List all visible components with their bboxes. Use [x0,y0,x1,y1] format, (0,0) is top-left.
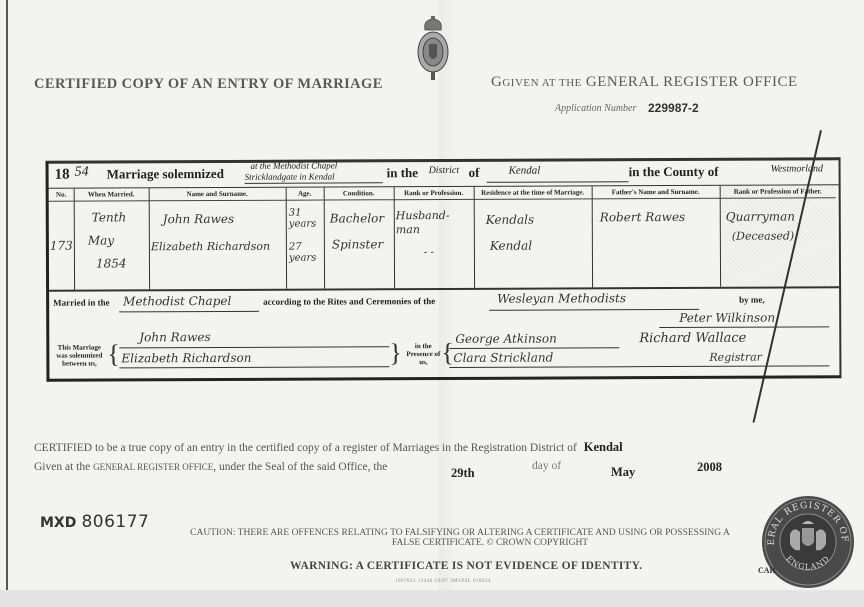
rites-label: according to the Rites and Ceremonies of… [263,296,435,307]
place-line-2: Stricklandgate in Kendal [245,171,335,181]
scan-bottom-edge [0,590,864,607]
year-handwritten: 54 [75,165,89,181]
caution-notice: CAUTION: THERE ARE OFFENCES RELATING TO … [180,528,740,548]
minister-signature: Peter Wilkinson [679,311,775,325]
application-number-label: Application Number [555,103,636,114]
issue-year: 2008 [697,460,722,475]
registrar-title: Registrar [709,351,762,364]
issuing-office-title: GGiven at the GENERAL REGISTER OFFICE [491,74,798,91]
father-rank: Quarryman [726,209,795,223]
of-label: of [469,165,480,181]
groom-condition: Bachelor [330,211,384,225]
col-father-name: Father's Name and Surname. Robert Rawes [592,186,721,288]
bride-condition: Spinster [332,237,383,251]
register-heading: 18 54 Marriage solemnized at the Methodi… [49,160,839,188]
residence-line-1: Kendals [486,213,534,227]
certification-line-2: Given at the General Register Office, un… [34,461,387,473]
rites-value: Wesleyan Methodists [497,291,626,306]
in-the-label: in the [387,165,418,181]
col-condition: Condition. Bachelor Spinster [324,187,395,288]
groom-signature: John Rawes [139,330,210,344]
groom-age: 31 years [289,208,321,230]
col-when-married: When Married. Tenth May 1854 [74,188,150,289]
father-name: Robert Rawes [600,210,685,224]
place-line-1: at the Methodist Chapel [251,160,338,170]
married-in-label: Married in the [53,297,110,307]
district-value: Kendal [509,165,541,177]
royal-crest-icon [417,16,449,82]
registration-district: Kendal [584,440,623,454]
day-of-label: day of [532,460,561,472]
issue-day: 29th [451,466,475,481]
col-age: Age. 31 years 27 years [286,188,325,289]
certificate-title: CERTIFIED COPY OF AN ENTRY OF MARRIAGE [34,76,383,93]
when-day: Tenth [92,210,127,224]
registrar-signature: Richard Wallace [639,331,746,346]
bride-name: Elizabeth Richardson [151,240,270,254]
col-no: No. 173 [49,189,75,290]
col-residence: Residence at the time of Marriage. Kenda… [474,186,593,288]
groom-name: John Rawes [163,212,234,226]
bride-rank: - - [424,247,434,258]
right-brace: } [389,340,402,366]
residence-line-2: Kendal [490,239,532,253]
col-rank: Rank or Profession. Husband-man - - [394,187,475,288]
groom-rank: Husband-man [396,209,466,237]
col-name: Name and Surname. John Rawes Elizabeth R… [149,188,287,290]
presence-label: in the Presence of us, [405,342,441,366]
register-entry-table: 18 54 Marriage solemnized at the Methodi… [46,157,842,381]
entry-columns: No. 173 When Married. Tenth May 1854 Nam… [49,185,839,291]
print-codes: 1007621 13448 10/07 3MSPSL 018034 [395,579,491,584]
by-me-label: by me, [739,295,765,305]
county-label: in the County of [629,164,719,180]
entry-number: 173 [50,239,73,253]
when-month: May [88,233,114,247]
solemnized-between-label: This Marriage was solemnized between us, [53,343,105,367]
col-father-rank: Rank or Profession of Father. Quarryman … [720,185,836,287]
bride-age: 27 years [289,242,321,264]
father-rank-note: (Deceased) [732,229,794,242]
when-year: 1854 [96,256,127,270]
year-prefix: 18 [55,167,70,184]
issue-month: May [611,465,635,480]
witness-2-signature: Clara Strickland [453,351,553,365]
witness-1-signature: George Atkinson [455,332,557,346]
left-brace: { [107,341,120,367]
married-in-value: Methodist Chapel [123,294,231,308]
application-number: 229987-2 [648,101,699,115]
bride-signature: Elizabeth Richardson [121,351,251,366]
witness-brace: { [441,340,454,366]
issuer-initials: CAH [758,566,776,575]
certification-line-1: CERTIFIED to be a true copy of an entry … [34,440,623,455]
certificate-serial: MXD 806177 [40,512,149,532]
gro-seal-icon: GENERAL REGISTER OFFICE ENGLAND [760,494,856,590]
marriage-solemnized-label: Marriage solemnized [107,166,224,183]
district-type: District [429,165,460,176]
county-value: Westmorland [771,163,823,174]
identity-warning: WARNING: A CERTIFICATE IS NOT EVIDENCE O… [290,560,642,572]
